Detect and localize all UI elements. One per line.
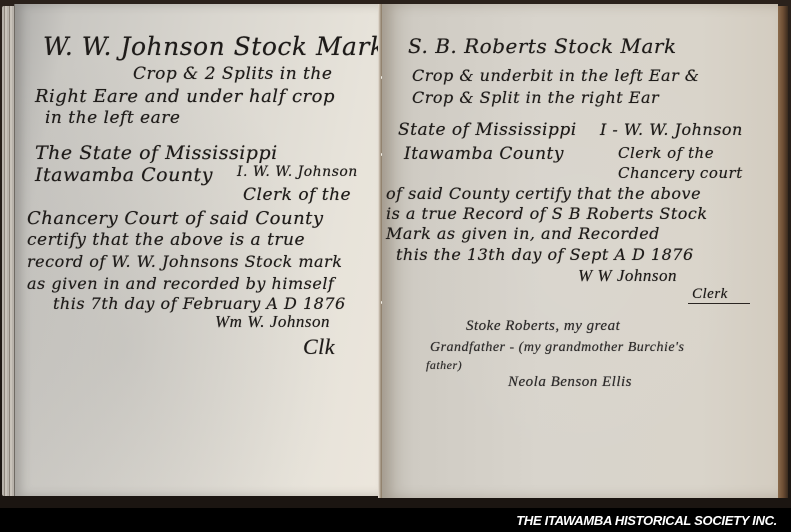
right-page-edge (778, 6, 788, 498)
left-clerk-intro: I. W. W. Johnson (237, 164, 358, 180)
right-cert-date: this the 13th day of Sept A D 1876 (396, 245, 694, 264)
ledger-photo: W. W. Johnson Stock Mark Crop & 2 Splits… (0, 0, 791, 532)
right-clerk-court: Chancery court (618, 164, 743, 182)
right-signature: W W Johnson (578, 266, 677, 286)
right-mark-line: Crop & Split in the right Ear (412, 88, 659, 107)
left-cert-line: certify that the above is a true (27, 230, 305, 250)
left-mark-line: in the left eare (45, 108, 180, 128)
right-mark-line: Crop & underbit in the left Ear & (412, 66, 700, 85)
left-cert-date: this 7th day of February A D 1876 (53, 294, 346, 313)
left-clerk-title: Clerk of the (243, 185, 351, 205)
left-state-line: The State of Mississippi (35, 142, 278, 164)
family-note-line: Grandfather - (my grandmother Burchie's (430, 340, 685, 356)
signature-underline (688, 303, 750, 304)
right-cert-line: is a true Record of S B Roberts Stock (386, 204, 708, 223)
family-note-line: father) (426, 358, 462, 373)
right-clerk-title: Clerk of the (618, 144, 714, 162)
left-mark-line: Right Eare and under half crop (35, 86, 335, 107)
right-page: S. B. Roberts Stock Mark Crop & underbit… (382, 4, 778, 498)
right-signature-title: Clerk (692, 286, 728, 303)
right-clerk-intro: I - W. W. Johnson (600, 120, 743, 139)
left-mark-line: Crop & 2 Splits in the (133, 64, 332, 84)
left-county-line: Itawamba County (35, 164, 213, 186)
left-page: W. W. Johnson Stock Mark Crop & 2 Splits… (14, 4, 380, 496)
left-cert-line: as given in and recorded by himself (27, 274, 334, 293)
left-signature: Wm W. Johnson (215, 312, 330, 332)
right-state-line: State of Mississippi (398, 120, 577, 140)
right-county-line: Itawamba County (404, 144, 564, 164)
left-cert-line: Chancery Court of said County (27, 208, 324, 229)
right-cert-line: Mark as given in, and Recorded (386, 224, 660, 243)
family-note-line: Stoke Roberts, my great (466, 318, 620, 335)
family-note-signature: Neola Benson Ellis (508, 374, 632, 391)
left-cert-line: record of W. W. Johnsons Stock mark (27, 252, 342, 271)
left-signature-title: Clk (303, 334, 335, 360)
left-heading: W. W. Johnson Stock Mark (43, 32, 380, 61)
caption-text: THE ITAWAMBA HISTORICAL SOCIETY INC. (516, 513, 777, 528)
caption-bar: THE ITAWAMBA HISTORICAL SOCIETY INC. (0, 508, 791, 532)
right-heading: S. B. Roberts Stock Mark (408, 34, 677, 58)
right-cert-line: of said County certify that the above (386, 184, 701, 203)
